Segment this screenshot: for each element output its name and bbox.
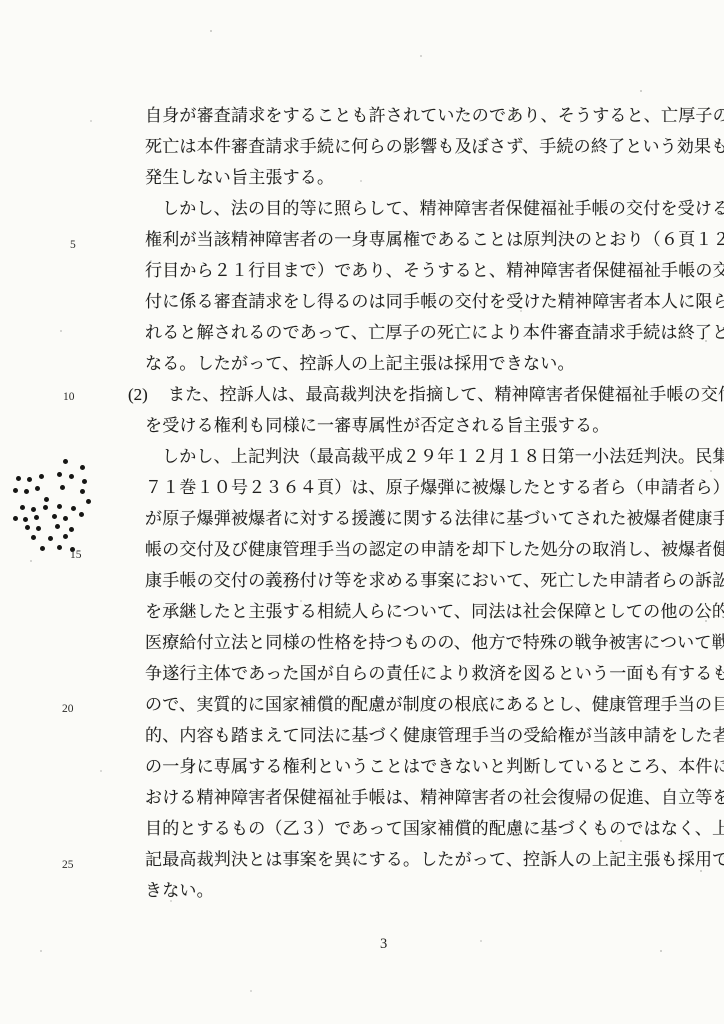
text-line: 行目から２１行目まで）であり、そうすると、精神障害者保健福祉手帳の交 <box>145 255 707 286</box>
line-text: の一身に専属する権利ということはできないと判断しているところ、本件に <box>145 757 724 776</box>
text-line: なる。したがって、控訴人の上記主張は採用できない。 <box>145 348 707 379</box>
text-line: 発生しない旨主張する。 <box>145 162 707 193</box>
text-line: ので、実質的に国家補償的配慮が制度の根底にあるとし、健康管理手当の目 <box>145 689 707 720</box>
line-text: 発生しない旨主張する。 <box>145 168 334 187</box>
margin-line-number-15: 15 <box>70 549 82 561</box>
text-line: 死亡は本件審査請求手続に何らの影響も及ぼさず、手続の終了という効果も <box>145 131 707 162</box>
text-line: 的、内容も踏まえて同法に基づく健康管理手当の受給権が当該申請をした者 <box>145 720 707 751</box>
text-line: 目的とするもの（乙３）であって国家補償的配慮に基づくものではなく、上 <box>145 813 707 844</box>
text-line: 自身が審査請求をすることも許されていたのであり、そうすると、亡厚子の <box>145 100 707 131</box>
text-line: 医療給付立法と同様の性格を持つものの、他方で特殊の戦争被害について戦 <box>145 627 707 658</box>
text-line: きない。 <box>145 875 707 906</box>
text-line: を承継したと主張する相続人らについて、同法は社会保障としての他の公的 <box>145 596 707 627</box>
line-text: ７１巻１０号２３６４頁）は、原子爆弾に被爆したとする者ら（申請者ら） <box>145 478 724 497</box>
line-text: 争遂行主体であった国が自らの責任により救済を図るという一面も有するも <box>145 664 724 683</box>
line-text: 死亡は本件審査請求手続に何らの影響も及ぼさず、手続の終了という効果も <box>145 137 724 156</box>
line-text: 行目から２１行目まで）であり、そうすると、精神障害者保健福祉手帳の交 <box>145 261 724 280</box>
line-text: ので、実質的に国家補償的配慮が制度の根底にあるとし、健康管理手当の目 <box>145 695 724 714</box>
scan-noise-speckles <box>0 0 2 2</box>
line-text: 記最高裁判決とは事案を異にする。したがって、控訴人の上記主張も採用で <box>145 850 724 869</box>
line-text: を受ける権利も同様に一審専属性が否定される旨主張する。 <box>145 416 609 435</box>
line-text: おける精神障害者保健福祉手帳は、精神障害者の社会復帰の促進、自立等を <box>145 788 724 807</box>
scanned-document-page: 5 10 15 20 25 自身が審査請求をすることも許されていたのであり、そう… <box>0 0 724 1024</box>
line-text: しかし、法の目的等に照らして、精神障害者保健福祉手帳の交付を受ける <box>162 199 724 218</box>
text-line: ７１巻１０号２３６４頁）は、原子爆弾に被爆したとする者ら（申請者ら） <box>145 472 707 503</box>
line-text: 医療給付立法と同様の性格を持つものの、他方で特殊の戦争被害について戦 <box>145 633 724 652</box>
line-text: 康手帳の交付の義務付け等を求める事案において、死亡した申請者らの訴訟 <box>145 571 724 590</box>
text-line: しかし、法の目的等に照らして、精神障害者保健福祉手帳の交付を受ける <box>145 193 707 224</box>
margin-line-number-25: 25 <box>62 859 74 871</box>
text-line: 付に係る審査請求をし得るのは同手帳の交付を受けた精神障害者本人に限ら <box>145 286 707 317</box>
text-body: 自身が審査請求をすることも許されていたのであり、そうすると、亡厚子の死亡は本件審… <box>145 100 707 906</box>
text-line: 権利が当該精神障害者の一身専属権であることは原判決のとおり（６頁１２ <box>145 224 707 255</box>
page-number: 3 <box>380 936 387 953</box>
line-text: また、控訴人は、最高裁判決を指摘して、精神障害者保健福祉手帳の交付 <box>168 385 724 404</box>
line-text: 帳の交付及び健康管理手当の認定の申請を却下した処分の取消し、被爆者健 <box>145 540 724 559</box>
text-line: 記最高裁判決とは事案を異にする。したがって、控訴人の上記主張も採用で <box>145 844 707 875</box>
margin-line-number-5: 5 <box>70 239 76 251</box>
margin-line-number-20: 20 <box>62 703 74 715</box>
text-line: 康手帳の交付の義務付け等を求める事案において、死亡した申請者らの訴訟 <box>145 565 707 596</box>
text-line: の一身に専属する権利ということはできないと判断しているところ、本件に <box>145 751 707 782</box>
text-line: 争遂行主体であった国が自らの責任により救済を図るという一面も有するも <box>145 658 707 689</box>
margin-line-number-10: 10 <box>63 391 75 403</box>
line-text: 権利が当該精神障害者の一身専属権であることは原判決のとおり（６頁１２ <box>145 230 724 249</box>
line-text: 自身が審査請求をすることも許されていたのであり、そうすると、亡厚子の <box>145 106 724 125</box>
text-line: 帳の交付及び健康管理手当の認定の申請を却下した処分の取消し、被爆者健 <box>145 534 707 565</box>
text-line: が原子爆弾被爆者に対する援護に関する法律に基づいてされた被爆者健康手 <box>145 503 707 534</box>
text-line: おける精神障害者保健福祉手帳は、精神障害者の社会復帰の促進、自立等を <box>145 782 707 813</box>
text-line: れると解されるのであって、亡厚子の死亡により本件審査請求手続は終了と <box>145 317 707 348</box>
text-line: しかし、上記判決（最高裁平成２９年１２月１８日第一小法廷判決。民集 <box>145 441 707 472</box>
line-text: 目的とするもの（乙３）であって国家補償的配慮に基づくものではなく、上 <box>145 819 724 838</box>
line-text: きない。 <box>145 881 214 900</box>
line-text: なる。したがって、控訴人の上記主張は採用できない。 <box>145 354 575 373</box>
line-text: が原子爆弾被爆者に対する援護に関する法律に基づいてされた被爆者健康手 <box>145 509 724 528</box>
line-text: しかし、上記判決（最高裁平成２９年１２月１８日第一小法廷判決。民集 <box>162 447 724 466</box>
list-item-line: (2)また、控訴人は、最高裁判決を指摘して、精神障害者保健福祉手帳の交付 <box>145 379 707 410</box>
text-line: を受ける権利も同様に一審専属性が否定される旨主張する。 <box>145 410 707 441</box>
line-text: 付に係る審査請求をし得るのは同手帳の交付を受けた精神障害者本人に限ら <box>145 292 724 311</box>
line-text: れると解されるのであって、亡厚子の死亡により本件審査請求手続は終了と <box>145 323 724 342</box>
line-text: を承継したと主張する相続人らについて、同法は社会保障としての他の公的 <box>145 602 724 621</box>
item-marker: (2) <box>128 379 148 410</box>
line-text: 的、内容も踏まえて同法に基づく健康管理手当の受給権が当該申請をした者 <box>145 726 724 745</box>
